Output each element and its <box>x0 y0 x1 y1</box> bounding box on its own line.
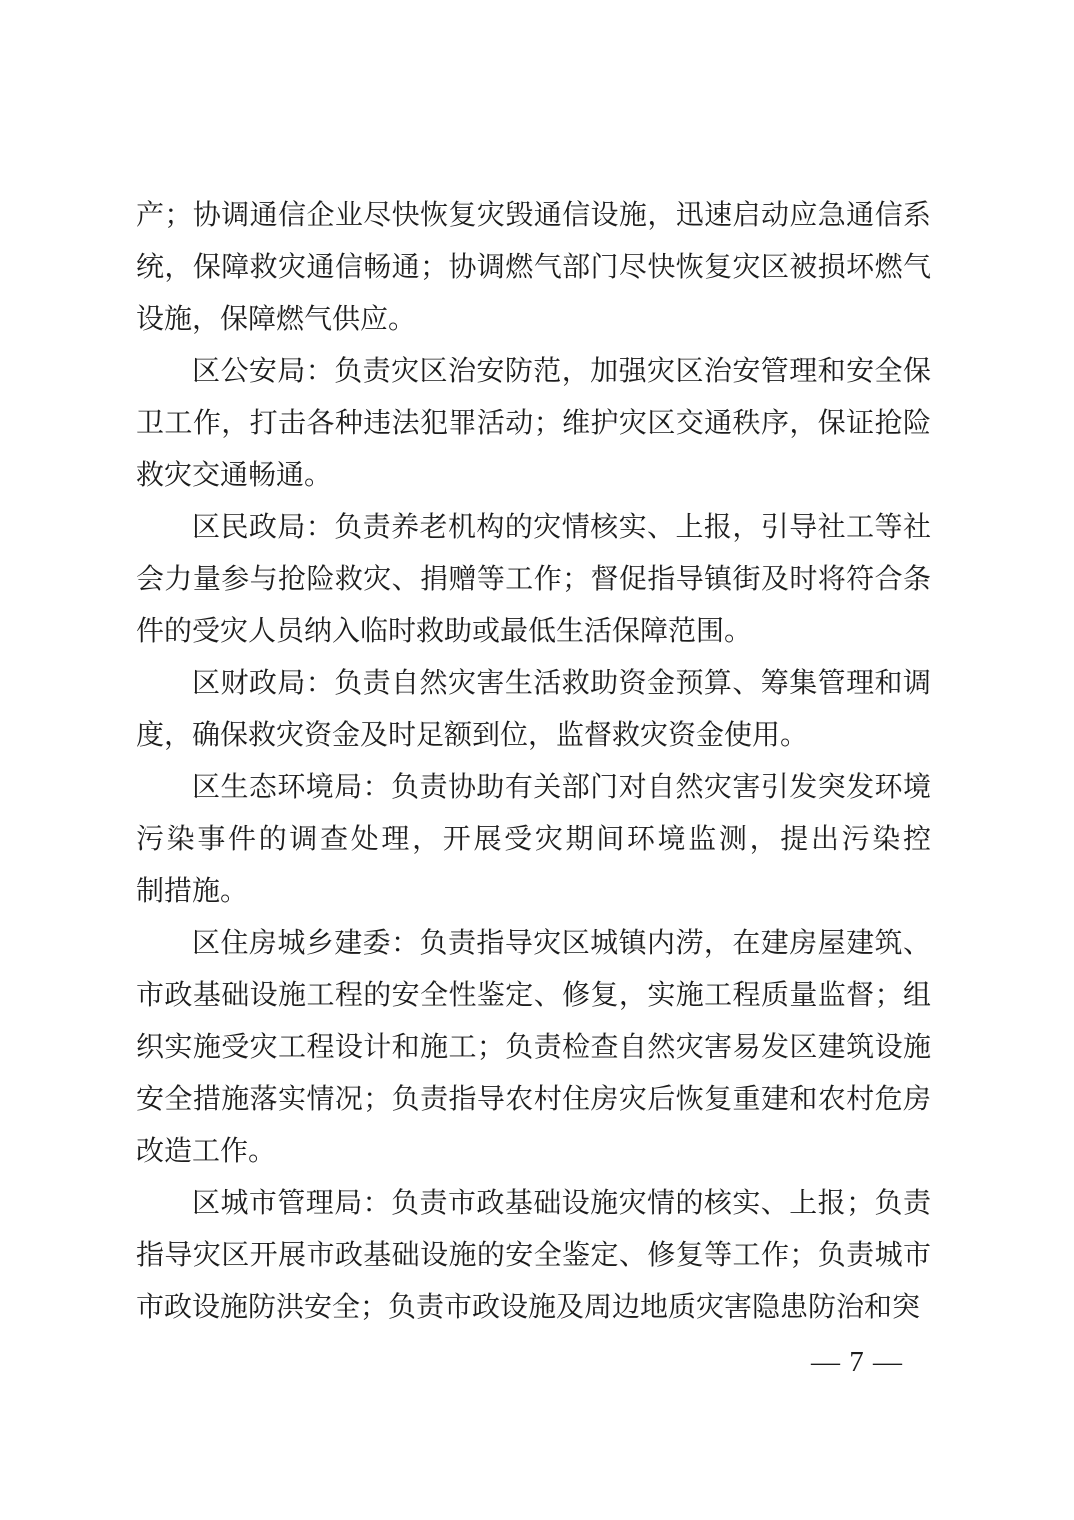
text-line: 区民政局：负责养老机构的灾情核实、上报，引导社工等社 <box>136 502 931 554</box>
document-page: 产；协调通信企业尽快恢复灾毁通信设施，迅速启动应急通信系统，保障救灾通信畅通；协… <box>0 0 1074 1520</box>
document-body: 产；协调通信企业尽快恢复灾毁通信设施，迅速启动应急通信系统，保障救灾通信畅通；协… <box>136 190 931 1334</box>
paragraph-6: 区住房城乡建委：负责指导灾区城镇内涝，在建房屋建筑、市政基础设施工程的安全性鉴定… <box>136 918 931 1178</box>
page-number: — 7 — <box>811 1344 903 1380</box>
paragraph-2: 区公安局：负责灾区治安防范，加强灾区治安管理和安全保卫工作，打击各种违法犯罪活动… <box>136 346 931 502</box>
text-line: 区财政局：负责自然灾害生活救助资金预算、筹集管理和调 <box>136 658 931 710</box>
text-line: 区公安局：负责灾区治安防范，加强灾区治安管理和安全保 <box>136 346 931 398</box>
text-line: 市政基础设施工程的安全性鉴定、修复，实施工程质量监督；组 <box>136 970 931 1022</box>
text-line: 污染事件的调查处理，开展受灾期间环境监测，提出污染控 <box>136 814 931 866</box>
text-line: 卫工作，打击各种违法犯罪活动；维护灾区交通秩序，保证抢险 <box>136 398 931 450</box>
text-line: 区城市管理局：负责市政基础设施灾情的核实、上报；负责 <box>136 1178 931 1230</box>
text-line: 安全措施落实情况；负责指导农村住房灾后恢复重建和农村危房 <box>136 1074 931 1126</box>
paragraph-1: 产；协调通信企业尽快恢复灾毁通信设施，迅速启动应急通信系统，保障救灾通信畅通；协… <box>136 190 931 346</box>
text-line: 件的受灾人员纳入临时救助或最低生活保障范围。 <box>136 606 931 658</box>
text-line: 区住房城乡建委：负责指导灾区城镇内涝，在建房屋建筑、 <box>136 918 931 970</box>
text-line: 产；协调通信企业尽快恢复灾毁通信设施，迅速启动应急通信系 <box>136 190 931 242</box>
text-line: 会力量参与抢险救灾、捐赠等工作；督促指导镇街及时将符合条 <box>136 554 931 606</box>
text-line: 统，保障救灾通信畅通；协调燃气部门尽快恢复灾区被损坏燃气 <box>136 242 931 294</box>
text-line: 指导灾区开展市政基础设施的安全鉴定、修复等工作；负责城市 <box>136 1230 931 1282</box>
text-line: 救灾交通畅通。 <box>136 450 931 502</box>
text-line: 度，确保救灾资金及时足额到位，监督救灾资金使用。 <box>136 710 931 762</box>
text-line: 区生态环境局：负责协助有关部门对自然灾害引发突发环境 <box>136 762 931 814</box>
text-line: 织实施受灾工程设计和施工；负责检查自然灾害易发区建筑设施 <box>136 1022 931 1074</box>
paragraph-7: 区城市管理局：负责市政基础设施灾情的核实、上报；负责指导灾区开展市政基础设施的安… <box>136 1178 931 1334</box>
paragraph-4: 区财政局：负责自然灾害生活救助资金预算、筹集管理和调度，确保救灾资金及时足额到位… <box>136 658 931 762</box>
text-line: 市政设施防洪安全；负责市政设施及周边地质灾害隐患防治和突 <box>136 1282 931 1334</box>
paragraph-3: 区民政局：负责养老机构的灾情核实、上报，引导社工等社会力量参与抢险救灾、捐赠等工… <box>136 502 931 658</box>
text-line: 改造工作。 <box>136 1126 931 1178</box>
text-line: 设施，保障燃气供应。 <box>136 294 931 346</box>
paragraph-5: 区生态环境局：负责协助有关部门对自然灾害引发突发环境污染事件的调查处理，开展受灾… <box>136 762 931 918</box>
text-line: 制措施。 <box>136 866 931 918</box>
